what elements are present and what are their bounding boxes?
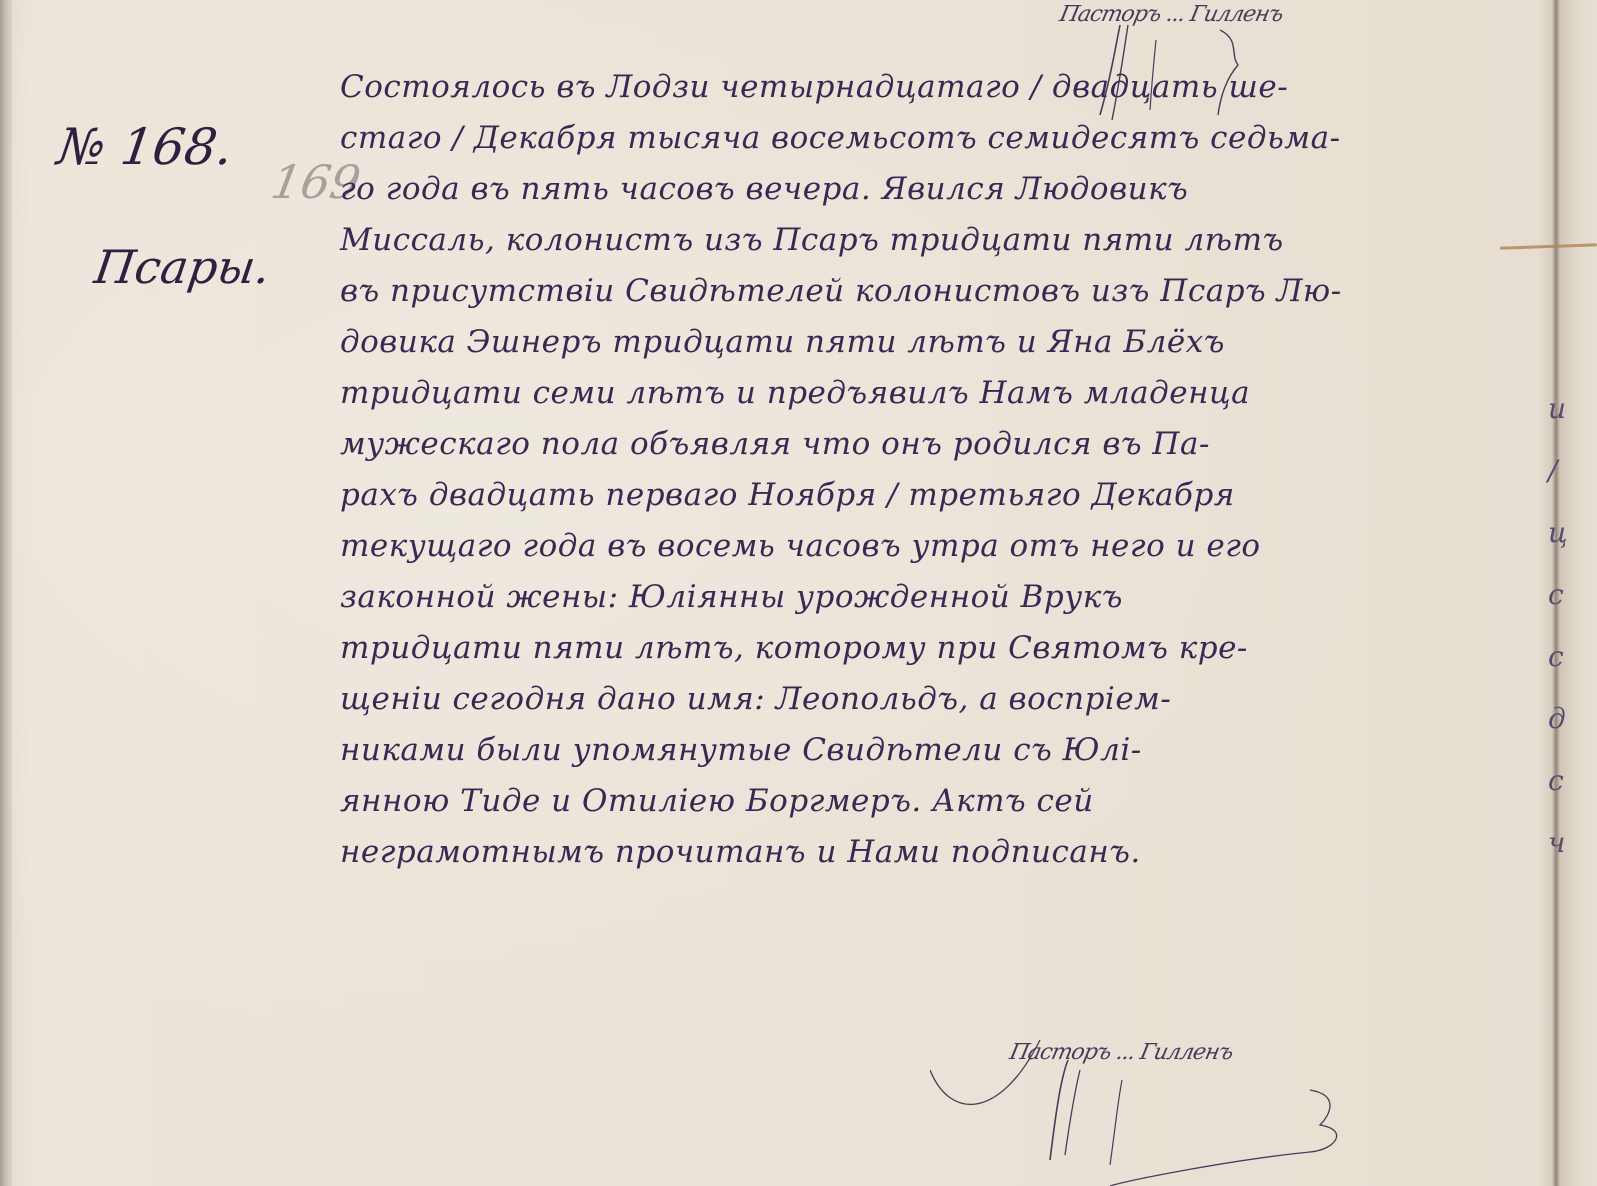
entry-line: янною Тиде и Отиліею Боргмеръ. Актъ сей bbox=[340, 776, 1510, 827]
entry-line: рахъ двадцать перваго Ноября / третьяго … bbox=[340, 470, 1510, 521]
page-left-edge bbox=[0, 0, 12, 1186]
entry-line: Миссаль, колонистъ изъ Псаръ тридцати пя… bbox=[340, 215, 1510, 266]
entry-place: Псары. bbox=[91, 240, 273, 294]
entry-line: стаго / Декабря тысяча восемьсотъ семиде… bbox=[340, 113, 1510, 164]
entry-line: никами были упомянутые Свидѣтели съ Юлі- bbox=[340, 725, 1510, 776]
entry-line: текущаго года въ восемь часовъ утра отъ … bbox=[340, 521, 1510, 572]
entry-line: щеніи сегодня дано имя: Леопольдъ, а вос… bbox=[340, 674, 1510, 725]
register-page: Пасторъ ... Гилленъ № 168. 169 Псары. Со… bbox=[0, 0, 1597, 1186]
entry-line: го года въ пять часовъ вечера. Явился Лю… bbox=[340, 164, 1510, 215]
entry-line: неграмотнымъ прочитанъ и Нами подписанъ. bbox=[340, 827, 1510, 878]
entry-number: № 168. bbox=[54, 118, 237, 176]
entry-line: мужескаго пола объявляя что онъ родился … bbox=[340, 419, 1510, 470]
entry-line: законной жены: Юліянны урожденной Врукъ bbox=[340, 572, 1510, 623]
entry-line: тридцати семи лѣтъ и предъявилъ Намъ мла… bbox=[340, 368, 1510, 419]
entry-line: въ присутствіи Свидѣтелей колонистовъ из… bbox=[340, 266, 1510, 317]
entry-line: довика Эшнеръ тридцати пяти лѣтъ и Яна Б… bbox=[340, 317, 1510, 368]
entry-line: тридцати пяти лѣтъ, которому при Святомъ… bbox=[340, 623, 1510, 674]
entry-body: Состоялось въ Лодзи четырнадцатаго / два… bbox=[340, 62, 1510, 878]
pastor-signature-bottom: Пасторъ ... Гилленъ bbox=[1007, 1040, 1235, 1065]
facing-page-fragments: и/цссдсч bbox=[1548, 330, 1597, 1030]
signature-flourish-icon bbox=[930, 1000, 1410, 1186]
entry-line: Состоялось въ Лодзи четырнадцатаго / два… bbox=[340, 62, 1510, 113]
